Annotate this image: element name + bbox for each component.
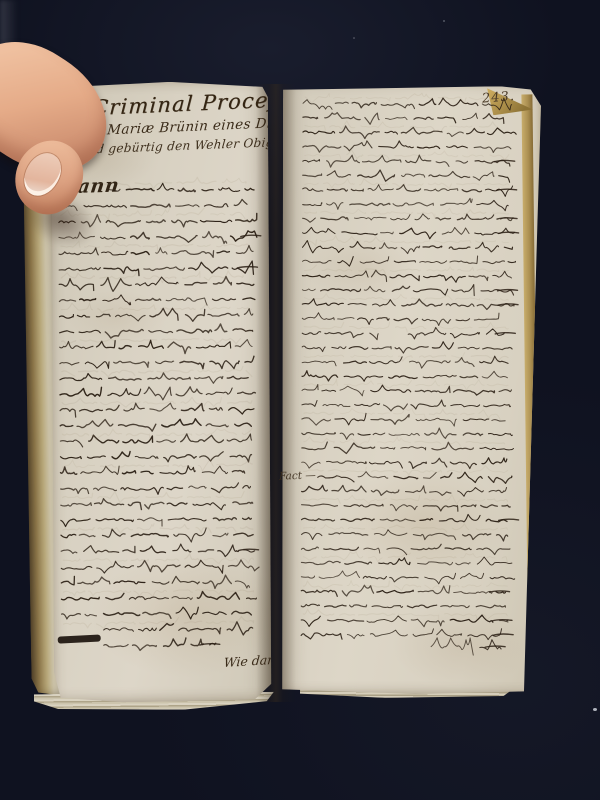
left-page-handwriting xyxy=(50,81,272,703)
dust-speck xyxy=(593,708,597,711)
catchword: Wie dan xyxy=(223,652,276,670)
right-page-handwriting xyxy=(281,86,541,695)
archival-photo: Criminal Proceß der Mariæ Brünin eines D… xyxy=(0,0,600,800)
marginal-note: Fact — xyxy=(279,469,316,482)
dust-speck xyxy=(443,20,445,22)
right-page: 243. xyxy=(281,86,541,695)
open-book: Criminal Proceß der Mariæ Brünin eines D… xyxy=(0,0,600,800)
left-page: Criminal Proceß der Mariæ Brünin eines D… xyxy=(50,81,272,703)
dust-speck xyxy=(353,37,355,39)
